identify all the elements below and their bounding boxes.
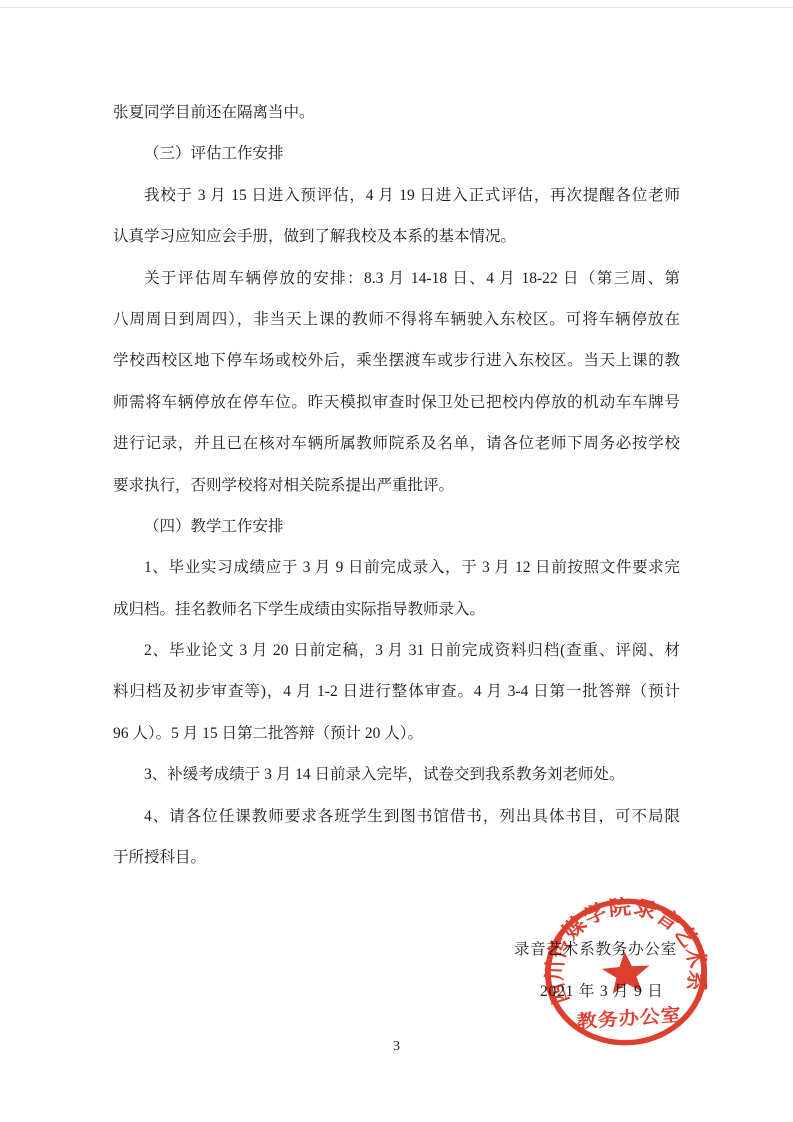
signature-office: 录音艺术系教务办公室 [514, 939, 677, 961]
signature-date: 2021 年 3 月 9 日 [540, 981, 664, 1003]
document-line: （三）评估工作安排 [113, 133, 680, 174]
numbered-item: 2、毕业论文 3 月 20 日前定稿，3 月 31 日前完成资料归档(查重、评阅… [113, 630, 680, 754]
document-line: 3、补缓考成绩于 3 月 14 日前录入完毕，试卷交到我系教务刘老师处。 [113, 754, 680, 795]
document-line: 师需将车辆停放在停车位。昨天模拟审查时保卫处已把校内停放的机动车车牌号 [113, 382, 680, 423]
document-line: 96 人）。5 月 15 日第二批答辩（预计 20 人）。 [113, 713, 680, 754]
page-number: 3 [0, 1038, 793, 1056]
numbered-item: 4、请各位任课教师要求各班学生到图书馆借书，列出具体书目，可不局限 于所授科目。 [113, 796, 680, 879]
official-seal: 四川传媒学院录音艺术系 教务办公室 [537, 890, 715, 1053]
document-line: 我校于 3 月 15 日进入预评估，4 月 19 日进入正式评估，再次提醒各位老… [113, 175, 680, 216]
section-heading: （三）评估工作安排 [113, 133, 680, 174]
paragraph: 关于评估周车辆停放的安排：8.3 月 14-18 日、4 月 18-22 日（第… [113, 258, 680, 506]
document-page: 张夏同学目前还在隔离当中。 （三）评估工作安排 我校于 3 月 15 日进入预评… [0, 0, 793, 1122]
paragraph: 张夏同学目前还在隔离当中。 [113, 92, 680, 133]
document-line: （四）教学工作安排 [113, 506, 680, 547]
seal-office-text: 教务办公室 [575, 1004, 682, 1033]
document-line: 于所授科目。 [113, 837, 680, 878]
seal-ring [543, 896, 709, 1048]
document-line: 料归档及初步审查等)，4 月 1-2 日进行整体审查。4 月 3-4 日第一批答… [113, 671, 680, 712]
document-line: 学校西校区地下停车场或校外后，乘坐摆渡车或步行进入东校区。当天上课的教 [113, 340, 680, 381]
document-line: 1、毕业实习成绩应于 3 月 9 日前完成录入，于 3 月 12 日前按照文件要… [113, 547, 680, 588]
document-line: 关于评估周车辆停放的安排：8.3 月 14-18 日、4 月 18-22 日（第… [113, 258, 680, 299]
document-line: 张夏同学目前还在隔离当中。 [113, 92, 680, 133]
document-line: 要求执行，否则学校将对相关院系提出严重批评。 [113, 465, 680, 506]
paragraph: 我校于 3 月 15 日进入预评估，4 月 19 日进入正式评估，再次提醒各位老… [113, 175, 680, 258]
section-heading: （四）教学工作安排 [113, 506, 680, 547]
document-line: 进行记录，并且已在核对车辆所属教师院系及名单，请各位老师下周务必按学校 [113, 423, 680, 464]
page-edge-line [0, 7, 793, 8]
document-line: 认真学习应知应会手册，做到了解我校及本系的基本情况。 [113, 216, 680, 257]
document-line: 八周周日到周四），非当天上课的教师不得将车辆驶入东校区。可将车辆停放在 [113, 299, 680, 340]
numbered-item: 3、补缓考成绩于 3 月 14 日前录入完毕，试卷交到我系教务刘老师处。 [113, 754, 680, 795]
numbered-item: 1、毕业实习成绩应于 3 月 9 日前完成录入，于 3 月 12 日前按照文件要… [113, 547, 680, 630]
document-line: 4、请各位任课教师要求各班学生到图书馆借书，列出具体书目，可不局限 [113, 796, 680, 837]
document-line: 2、毕业论文 3 月 20 日前定稿，3 月 31 日前完成资料归档(查重、评阅… [113, 630, 680, 671]
document-body: 张夏同学目前还在隔离当中。 （三）评估工作安排 我校于 3 月 15 日进入预评… [113, 92, 680, 878]
document-line: 成归档。挂名教师名下学生成绩由实际指导教师录入。 [113, 589, 680, 630]
